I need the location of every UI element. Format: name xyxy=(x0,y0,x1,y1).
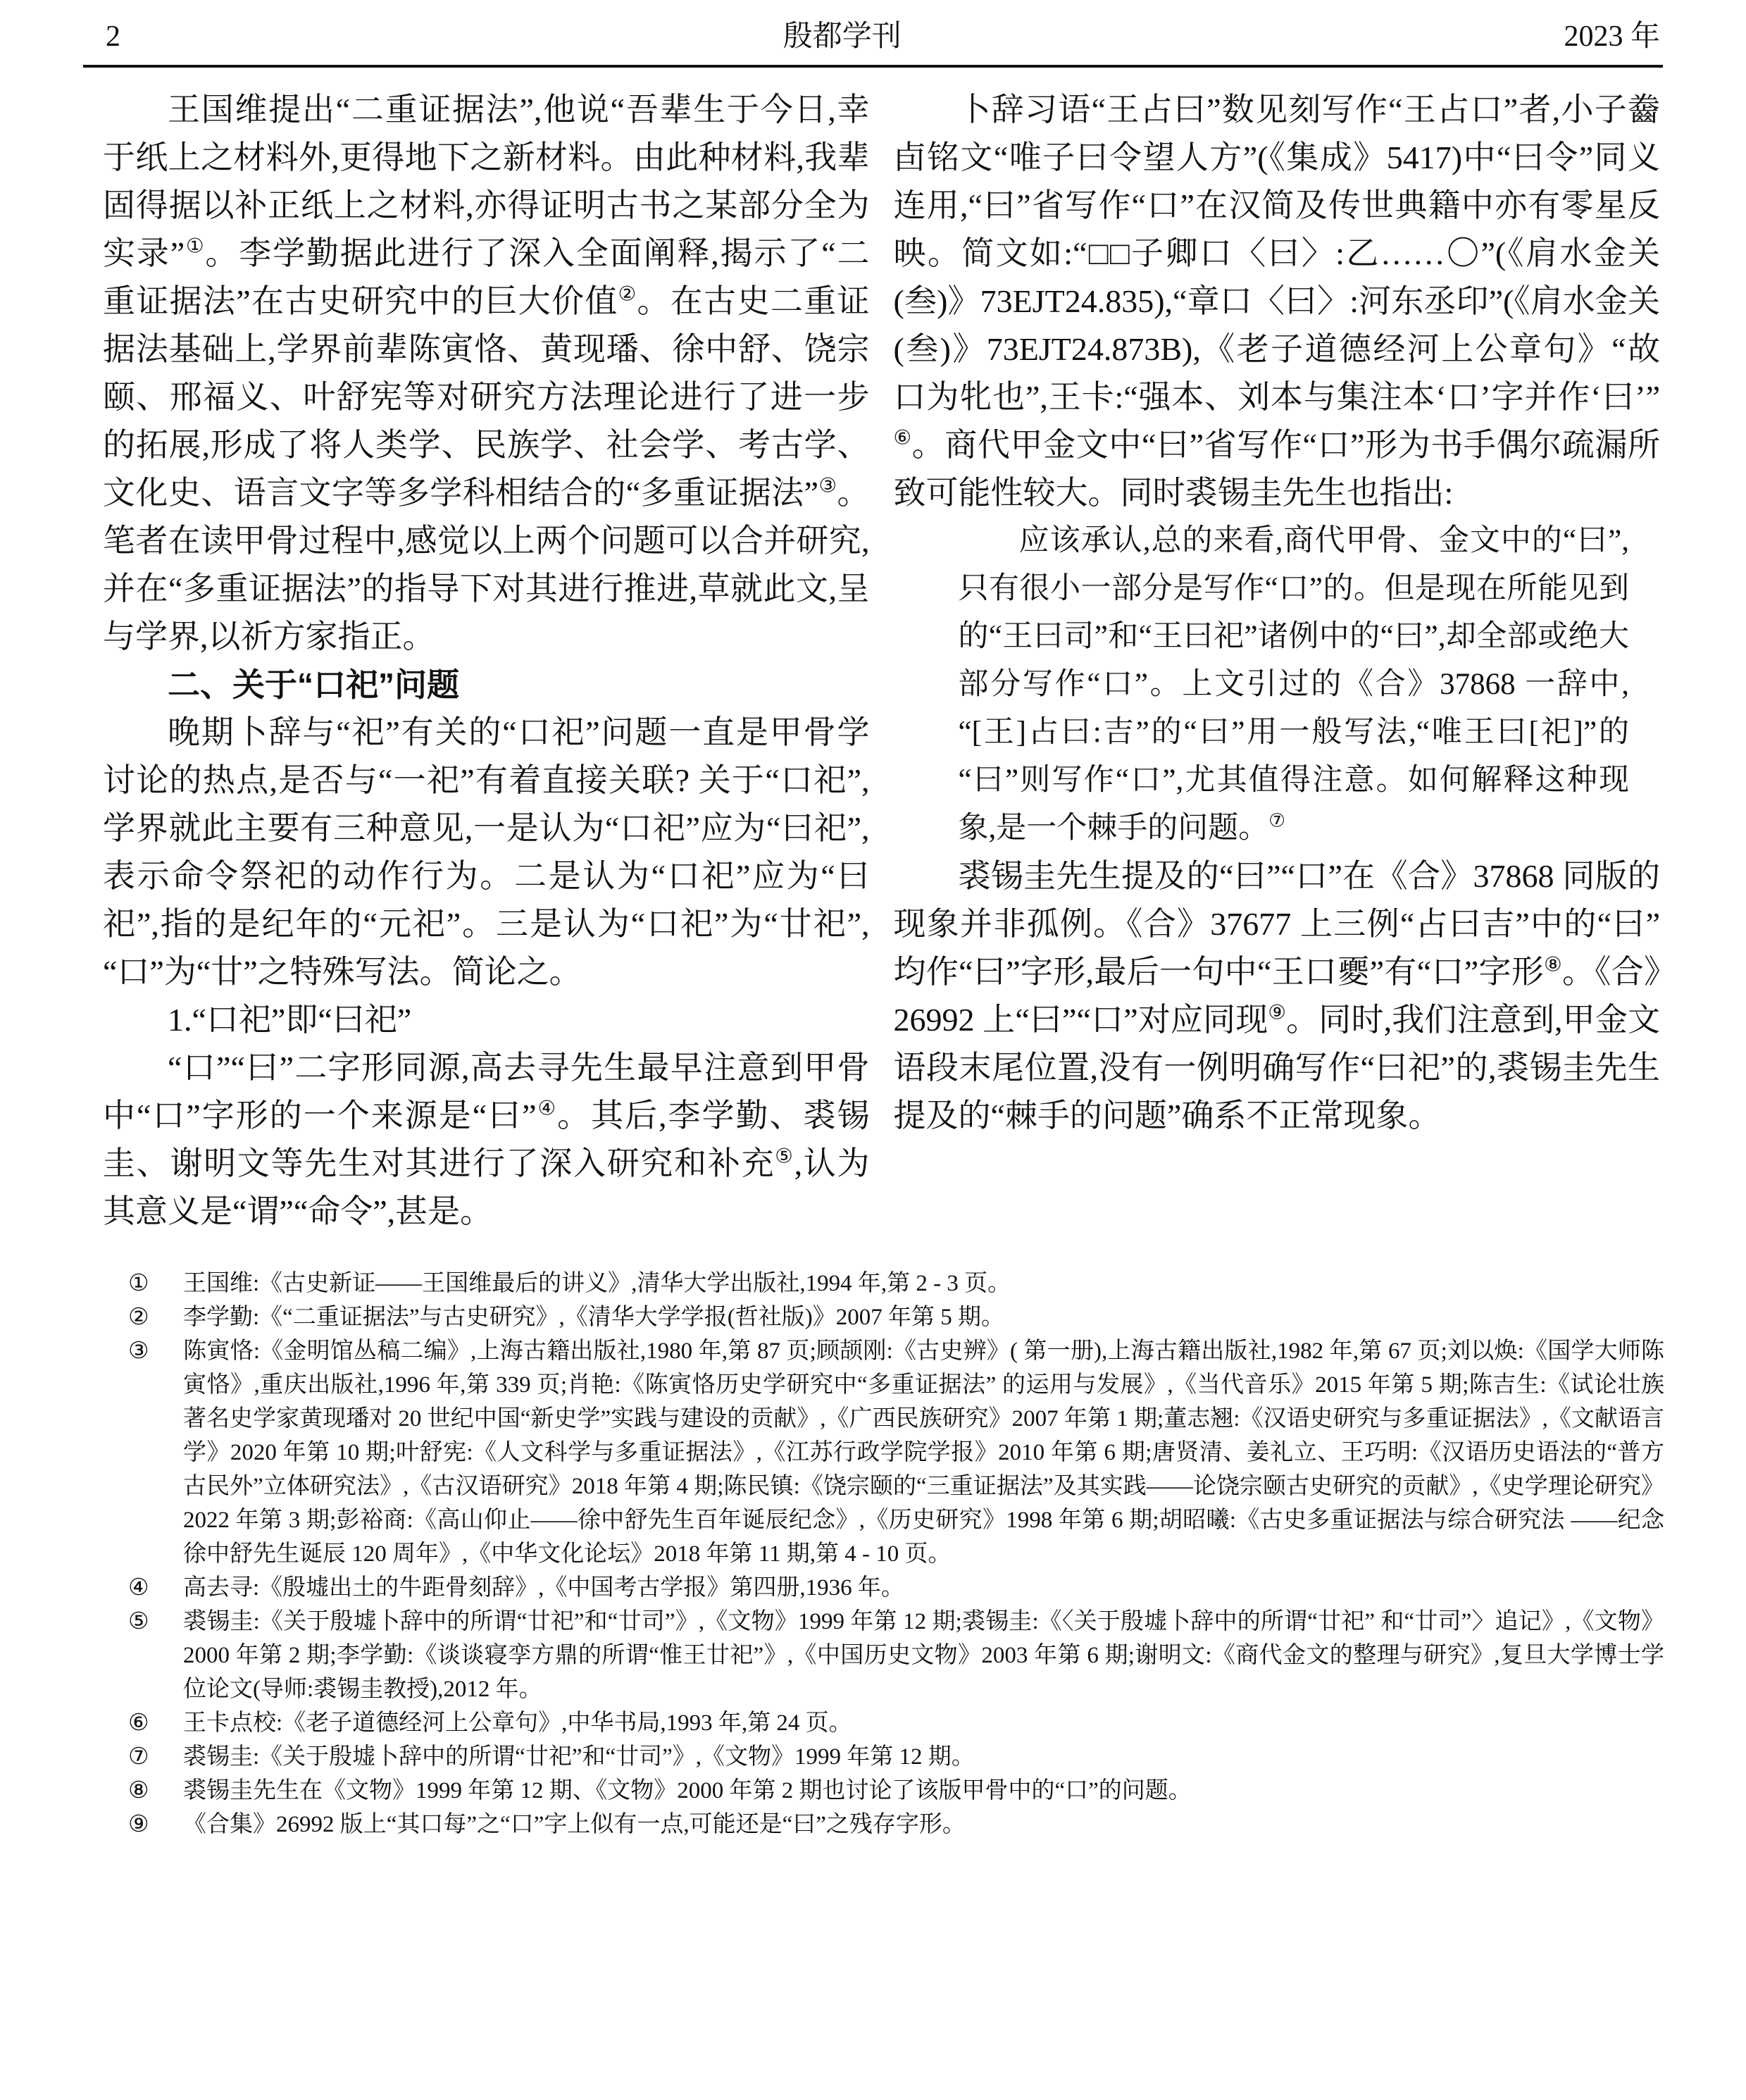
footnote-text: 王卡点校:《老子道德经河上公章句》,中华书局,1993 年,第 24 页。 xyxy=(183,1710,852,1736)
paragraph-three-opinions: 晚期卜辞与“祀”有关的“口祀”问题一直是甲骨学讨论的热点,是否与“一祀”有着直接… xyxy=(103,709,870,996)
footnote: ⑦裘锡圭:《关于殷墟卜辞中的所谓“廿祀”和“廿司”》,《文物》1999 年第 1… xyxy=(128,1740,1664,1774)
section-heading: 二、关于“口祀”问题 xyxy=(103,661,870,709)
footnote-marker: ① xyxy=(128,1267,183,1300)
running-head: 2 殷都学刊 2023 年 xyxy=(0,0,1746,55)
footnote: ⑧裘锡圭先生在《文物》1999 年第 12 期、《文物》2000 年第 2 期也… xyxy=(128,1774,1664,1808)
block-quote-qiu-xigui: 应该承认,总的来看,商代甲骨、金文中的“曰”,只有很小一部分是写作“口”的。但是… xyxy=(959,517,1630,852)
paragraph-kou-yue-origin: “口”“曰”二字形同源,高去寻先生最早注意到甲骨中“口”字形的一个来源是“曰”④… xyxy=(103,1044,870,1236)
footnote: ②李学勤:《“二重证据法”与古史研究》,《清华大学学报(哲社版)》2007 年第… xyxy=(128,1300,1664,1334)
footnote-text: 高去寻:《殷墟出土的牛距骨刻辞》,《中国考古学报》第四册,1936 年。 xyxy=(183,1575,904,1601)
paragraph-analysis: 裘锡圭先生提及的“曰”“口”在《合》37868 同版的现象并非孤例。《合》376… xyxy=(894,852,1661,1140)
footnote-text: 陈寅恪:《金明馆丛稿二编》,上海古籍出版社,1980 年,第 87 页;顾颉刚:… xyxy=(183,1338,1664,1567)
footnote-text: 裘锡圭先生在《文物》1999 年第 12 期、《文物》2000 年第 2 期也讨… xyxy=(183,1778,1192,1803)
page-number: 2 xyxy=(106,18,120,55)
journal-title: 殷都学刊 xyxy=(783,18,902,55)
footnote: ③陈寅恪:《金明馆丛稿二编》,上海古籍出版社,1980 年,第 87 页;顾颉刚… xyxy=(128,1334,1664,1571)
footnote-text: 《合集》26992 版上“其口每”之“口”字上似有一点,可能还是“曰”之残存字形… xyxy=(183,1812,966,1837)
paragraph-intro: 王国维提出“二重证据法”,他说“吾辈生于今日,幸于纸上之材料外,更得地下之新材料… xyxy=(103,86,870,661)
footnote: ⑤裘锡圭:《关于殷墟卜辞中的所谓“廿祀”和“廿司”》,《文物》1999 年第 1… xyxy=(128,1605,1664,1706)
footnote-text: 裘锡圭:《关于殷墟卜辞中的所谓“廿祀”和“廿司”》,《文物》1999 年第 12… xyxy=(183,1744,975,1770)
footnote-marker: ⑤ xyxy=(128,1605,183,1639)
footnote-text: 裘锡圭:《关于殷墟卜辞中的所谓“廿祀”和“廿司”》,《文物》1999 年第 12… xyxy=(183,1609,1664,1702)
footnote: ⑥王卡点校:《老子道德经河上公章句》,中华书局,1993 年,第 24 页。 xyxy=(128,1706,1664,1740)
footnote-text: 李学勤:《“二重证据法”与古史研究》,《清华大学学报(哲社版)》2007 年第 … xyxy=(183,1305,1004,1330)
footnote-marker: ⑨ xyxy=(128,1808,183,1841)
footnote-marker: ③ xyxy=(128,1334,183,1368)
footnote: ①王国维:《古史新证——王国维最后的讲义》,清华大学出版社,1994 年,第 2… xyxy=(128,1267,1664,1300)
footnotes-section: ①王国维:《古史新证——王国维最后的讲义》,清华大学出版社,1994 年,第 2… xyxy=(128,1267,1664,1841)
footnote: ④高去寻:《殷墟出土的牛距骨刻辞》,《中国考古学报》第四册,1936 年。 xyxy=(128,1571,1664,1605)
footnote-marker: ⑥ xyxy=(128,1706,183,1740)
left-column: 王国维提出“二重证据法”,他说“吾辈生于今日,幸于纸上之材料外,更得地下之新材料… xyxy=(103,86,870,1236)
article-body: 王国维提出“二重证据法”,他说“吾辈生于今日,幸于纸上之材料外,更得地下之新材料… xyxy=(0,68,1746,1236)
subsection-heading: 1.“口祀”即“曰祀” xyxy=(103,996,870,1044)
footnote-marker: ⑦ xyxy=(128,1740,183,1774)
footnote-text: 王国维:《古史新证——王国维最后的讲义》,清华大学出版社,1994 年,第 2 … xyxy=(183,1271,1011,1296)
footnote-marker: ② xyxy=(128,1300,183,1334)
issue-year: 2023 年 xyxy=(1564,18,1660,55)
journal-page: 2 殷都学刊 2023 年 王国维提出“二重证据法”,他说“吾辈生于今日,幸于纸… xyxy=(0,0,1746,2100)
right-column: 卜辞习语“王占曰”数见刻写作“王占口”者,小子齤卣铭文“唯子曰令望人方”(《集成… xyxy=(894,86,1661,1236)
footnote: ⑨《合集》26992 版上“其口每”之“口”字上似有一点,可能还是“曰”之残存字… xyxy=(128,1808,1664,1841)
paragraph-examples: 卜辞习语“王占曰”数见刻写作“王占口”者,小子齤卣铭文“唯子曰令望人方”(《集成… xyxy=(894,86,1661,517)
footnote-marker: ④ xyxy=(128,1571,183,1605)
footnote-marker: ⑧ xyxy=(128,1774,183,1808)
